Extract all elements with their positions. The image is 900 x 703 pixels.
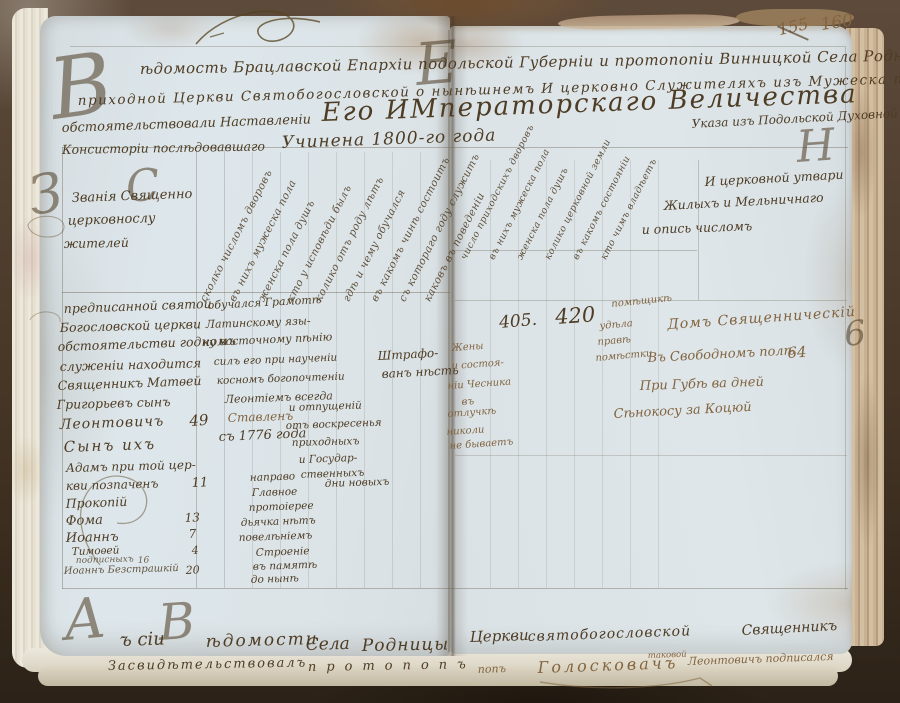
entry-line: Григорьевъ сынъ [57,396,171,411]
land-swash-six: 6 [842,316,867,352]
child-age: 11 [191,476,208,490]
entry-age: 49 [189,413,209,429]
attest-swash-a: А [61,591,108,650]
header-initial-swash: В [44,40,117,132]
note-fragment: протоіерее [249,501,314,514]
entry-surname: Леонтовичъ [60,414,165,432]
note-fragment: Латинскому язы- [206,315,311,330]
child-age: 7 [188,528,196,540]
attestation-line2: протопопъ [308,658,476,674]
row-label-header-2: церковнослу [68,212,156,228]
note-fragment: повелѣніемъ [239,530,313,543]
attestation-line2: попъ [478,663,506,675]
attestation-line1: Родницы [362,636,450,655]
flourish-stroke [196,11,320,44]
child-name: кви позпаченъ [66,478,159,492]
attestation-line2: таковой [648,651,687,661]
attest-swash-v: В [157,596,197,648]
signature-underline-stroke [540,678,712,688]
note-fragment: Главное [252,487,298,499]
fine-note-1: Штрафо- [377,347,438,362]
property-field-value: 64 [787,345,807,361]
child-age: 20 [185,564,200,576]
note-fragment: и отпущеній [289,400,362,413]
flourish-stroke [210,33,224,37]
attestation-line2: Засвидѣтельствовалъ [108,657,308,673]
children-label: Сынъ ихъ [63,437,156,455]
child-name: Иоаннъ [66,531,119,545]
note-fragment: дни новыхъ [325,477,390,490]
child-age: 13 [184,511,200,524]
manuscript-photo: 155 160 В ѣдомость Брацлавской Епархіи п… [0,0,900,703]
child-name: Прокопій [66,496,128,511]
note-fragment: до нынѣ [251,573,299,585]
note-fragment: и Государ- [299,453,358,466]
souls-count-male: 405. [499,312,538,332]
attestation-line1: Церкви [469,628,528,645]
note-fragment: въ памятѣ [253,560,318,573]
attestation-line1: ѣдомости [206,631,319,651]
flourish-stroke [30,312,60,322]
attestation-line1: Села [306,636,350,654]
child-age: 4 [191,545,199,556]
note-fragment: приходныхъ [292,436,360,448]
child-name: Адамъ при той цер- [66,459,196,474]
note-fragment: направо [250,471,296,483]
right-swash-n: Н [795,123,836,170]
row-label-header-1: Званія Священно [72,188,193,205]
note-fragment: Строеніе [256,546,310,558]
note-fragment: дьячка нѣтъ [241,515,316,528]
folio-number: 160 [820,13,855,34]
souls-count-total: 420 [555,304,596,328]
row-label-header-3: жителей [64,237,129,251]
note-fragment: Ставленъ [228,410,294,424]
child-name: Фома [66,514,104,528]
